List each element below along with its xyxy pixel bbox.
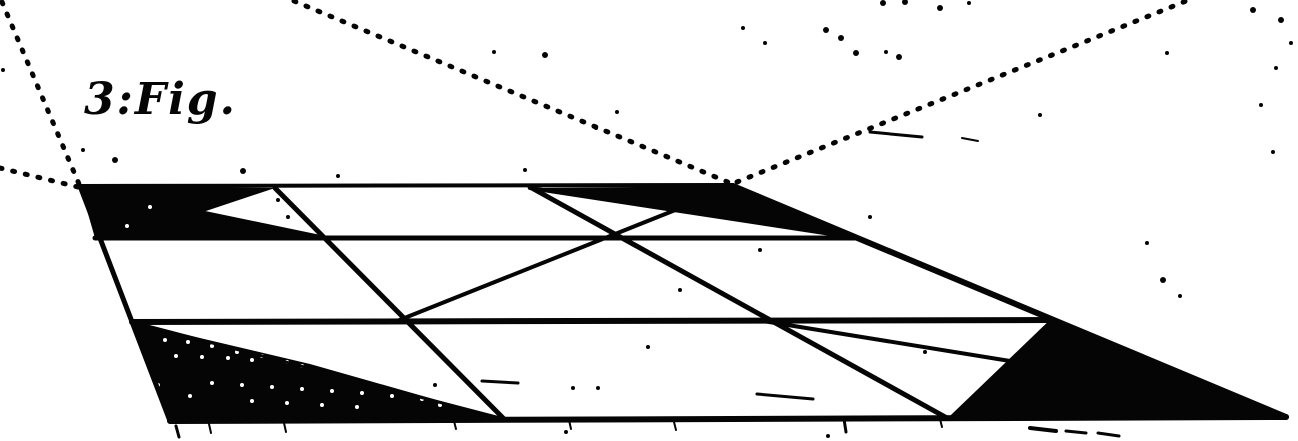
ink-speck — [923, 350, 927, 354]
ink-speck — [1038, 113, 1042, 117]
paper-speck — [250, 358, 254, 362]
ray-right-corner-to-upper-right — [737, 1, 1186, 182]
ink-speck — [1289, 41, 1293, 45]
diagonal-u2 — [763, 321, 1010, 361]
paper-speck — [210, 381, 214, 385]
ink-speck — [763, 41, 767, 45]
ink-speck — [880, 0, 886, 6]
ink-speck — [902, 0, 908, 5]
ink-speck — [523, 168, 527, 172]
ink-speck — [758, 248, 762, 252]
ink-speck — [1145, 241, 1149, 245]
edge-tick — [1030, 428, 1056, 431]
paper-speck — [355, 405, 359, 409]
paper-speck — [240, 383, 244, 387]
paper-speck — [390, 394, 394, 398]
paper-speck — [320, 403, 324, 407]
ink-speck — [967, 1, 971, 5]
paper-speck — [125, 224, 129, 228]
ink-speck — [1, 68, 5, 72]
ink-speck — [826, 434, 830, 438]
ink-speck — [838, 35, 844, 41]
ink-speck — [276, 198, 280, 202]
paper-speck — [188, 394, 192, 398]
ray-top-to-right-corner — [294, 1, 730, 183]
division-line-b — [132, 320, 1052, 322]
paper-speck — [250, 399, 254, 403]
paper-speck — [270, 385, 274, 389]
ink-speck — [884, 50, 888, 54]
engraving-page: 3:Fig. — [0, 0, 1298, 441]
ink-speck — [646, 345, 650, 349]
ink-speck — [286, 215, 290, 219]
ink-speck — [1165, 51, 1169, 55]
edge-tick — [1066, 431, 1086, 433]
ink-speck — [1178, 294, 1182, 298]
ghost-dash-4 — [482, 381, 518, 383]
edge-tick — [1098, 433, 1119, 436]
ink-speck — [1271, 150, 1275, 154]
ink-speck — [240, 168, 246, 174]
ink-speck — [1250, 7, 1256, 13]
paper-speck — [285, 401, 289, 405]
ink-speck — [571, 386, 575, 390]
bottom-edge — [170, 417, 1286, 421]
edge-tick — [844, 419, 846, 432]
ink-speck — [81, 148, 85, 152]
figure-label: 3:Fig. — [84, 76, 237, 124]
ink-speck — [615, 110, 619, 114]
edge-tick — [176, 426, 179, 437]
top-edge — [80, 185, 733, 186]
paper-speck — [360, 391, 364, 395]
paper-speck — [300, 387, 304, 391]
ink-speck — [741, 26, 745, 30]
edge-tick — [674, 422, 676, 430]
ink-speck — [1274, 66, 1278, 70]
ink-speck — [868, 215, 872, 219]
ink-speck — [937, 5, 943, 11]
paper-speck — [163, 338, 167, 342]
ink-speck — [594, 126, 598, 130]
ink-speck — [433, 383, 437, 387]
ink-speck — [492, 50, 496, 54]
edge-tick — [209, 424, 211, 433]
ink-speck — [823, 27, 829, 33]
ink-speck — [564, 430, 568, 434]
paper-speck — [174, 354, 178, 358]
ink-speck — [678, 288, 682, 292]
paper-speck — [330, 389, 334, 393]
edge-tick — [284, 423, 286, 432]
paper-speck — [200, 355, 204, 359]
ray-left-to-corner — [0, 168, 78, 187]
ghost-dash-1 — [870, 132, 922, 137]
engraving-svg — [0, 0, 1298, 441]
ray-upper-left-to-corner — [2, 2, 79, 184]
ink-speck — [853, 50, 859, 56]
ink-speck — [336, 174, 340, 178]
ghost-dash-2 — [962, 138, 978, 141]
ink-speck — [896, 54, 902, 60]
paper-speck — [148, 205, 152, 209]
ink-speck — [1278, 17, 1284, 23]
paper-speck — [226, 356, 230, 360]
ink-speck — [1160, 277, 1166, 283]
ink-speck — [1259, 103, 1263, 107]
ink-speck — [542, 52, 548, 58]
paper-speck — [186, 340, 190, 344]
ink-speck — [112, 157, 118, 163]
ghost-dash-3 — [757, 394, 813, 399]
ink-speck — [596, 386, 600, 390]
